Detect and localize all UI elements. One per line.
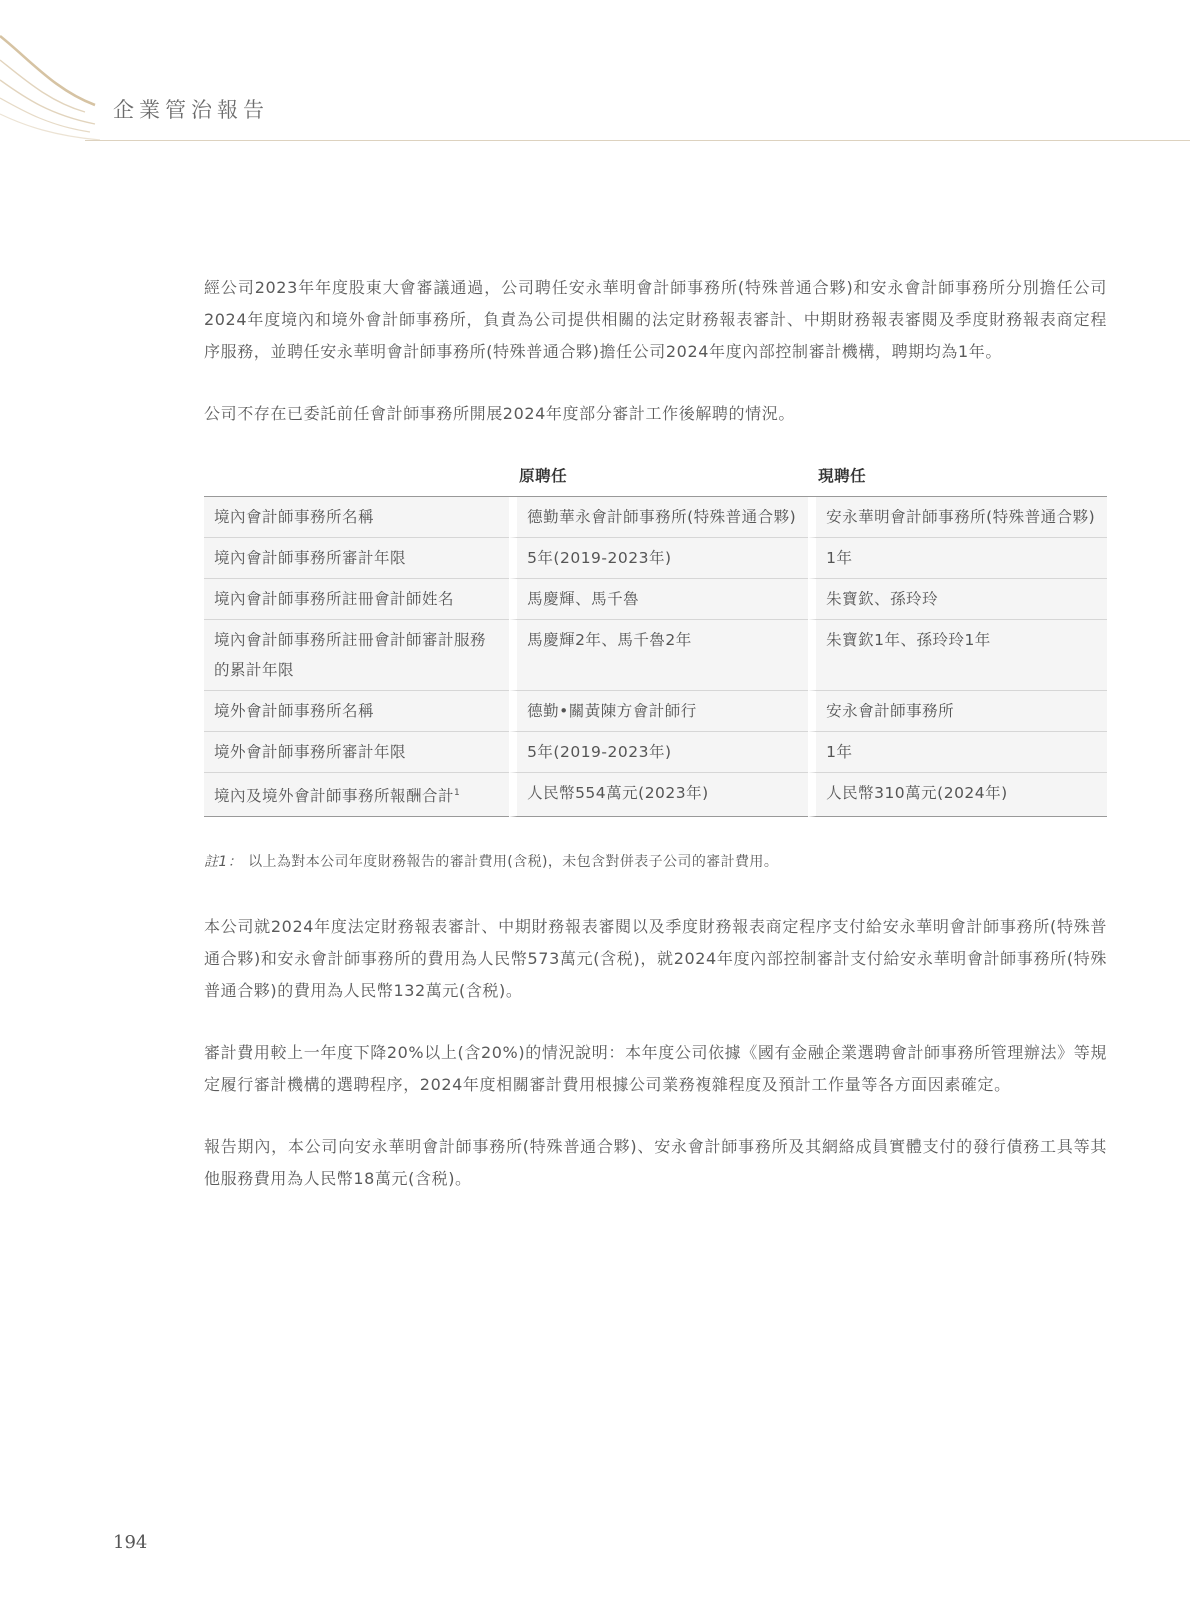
paragraph-auditor-appointment: 經公司2023年年度股東大會審議通過，公司聘任安永華明會計師事務所(特殊普通合夥… — [204, 272, 1107, 368]
table-header-previous: 原聘任 — [509, 462, 808, 497]
row-previous: 德勤•關黃陳方會計師行 — [509, 691, 808, 732]
row-label-text: 境內會計師事務所審計年限 — [214, 549, 406, 567]
row-label-text: 境外會計師事務所名稱 — [214, 702, 374, 720]
paragraph-audit-fees: 本公司就2024年度法定財務報表審計、中期財務報表審閱以及季度財務報表商定程序支… — [204, 911, 1107, 1007]
row-label: 境外會計師事務所審計年限 — [204, 732, 509, 773]
footnote-reference: 1 — [454, 788, 460, 798]
table-header-current: 現聘任 — [808, 462, 1107, 497]
table-row: 境內及境外會計師事務所報酬合計1 人民幣554萬元(2023年) 人民幣310萬… — [204, 773, 1107, 817]
row-current: 安永會計師事務所 — [808, 691, 1107, 732]
footnote-text: 以上為對本公司年度財務報告的審計費用(含税)，未包含對併表子公司的審計費用。 — [248, 854, 778, 870]
row-label: 境內會計師事務所註冊會計師審計服務的累計年限 — [204, 620, 509, 691]
header-divider — [85, 140, 1190, 141]
table-row: 境外會計師事務所名稱 德勤•關黃陳方會計師行 安永會計師事務所 — [204, 691, 1107, 732]
document-body: 經公司2023年年度股東大會審議通過，公司聘任安永華明會計師事務所(特殊普通合夥… — [204, 272, 1107, 1195]
row-label-text: 境內會計師事務所註冊會計師姓名 — [214, 590, 454, 608]
row-label-text: 境內及境外會計師事務所報酬合計 — [214, 787, 454, 805]
fee-section: 本公司就2024年度法定財務報表審計、中期財務報表審閱以及季度財務報表商定程序支… — [204, 911, 1107, 1195]
row-current: 朱寶欽1年、孫玲玲1年 — [808, 620, 1107, 691]
row-current: 1年 — [808, 732, 1107, 773]
row-previous: 5年(2019-2023年) — [509, 732, 808, 773]
table-row: 境外會計師事務所審計年限 5年(2019-2023年) 1年 — [204, 732, 1107, 773]
row-current: 安永華明會計師事務所(特殊普通合夥) — [808, 497, 1107, 538]
paragraph-no-dismissal: 公司不存在已委託前任會計師事務所開展2024年度部分審計工作後解聘的情況。 — [204, 398, 1107, 430]
row-current: 1年 — [808, 538, 1107, 579]
auditor-comparison-table: 原聘任 現聘任 境內會計師事務所名稱 德勤華永會計師事務所(特殊普通合夥) 安永… — [204, 462, 1107, 817]
page-number: 194 — [113, 1532, 147, 1553]
row-label-text: 境內會計師事務所註冊會計師審計服務的累計年限 — [214, 631, 486, 679]
paragraph-fee-decrease: 審計費用較上一年度下降20%以上(含20%)的情況說明：本年度公司依據《國有金融… — [204, 1037, 1107, 1101]
table-row: 境內會計師事務所名稱 德勤華永會計師事務所(特殊普通合夥) 安永華明會計師事務所… — [204, 497, 1107, 538]
row-previous: 德勤華永會計師事務所(特殊普通合夥) — [509, 497, 808, 538]
section-title: 企業管治報告 — [113, 94, 269, 124]
row-label-text: 境內會計師事務所名稱 — [214, 508, 374, 526]
row-label: 境內會計師事務所註冊會計師姓名 — [204, 579, 509, 620]
decorative-arcs-icon — [0, 30, 100, 145]
row-previous: 5年(2019-2023年) — [509, 538, 808, 579]
row-label-text: 境外會計師事務所審計年限 — [214, 743, 406, 761]
paragraph-other-services: 報告期內，本公司向安永華明會計師事務所(特殊普通合夥)、安永會計師事務所及其網絡… — [204, 1131, 1107, 1195]
row-label: 境內及境外會計師事務所報酬合計1 — [204, 773, 509, 817]
row-label: 境外會計師事務所名稱 — [204, 691, 509, 732]
table-row: 境內會計師事務所審計年限 5年(2019-2023年) 1年 — [204, 538, 1107, 579]
row-current: 朱寶欽、孫玲玲 — [808, 579, 1107, 620]
row-current: 人民幣310萬元(2024年) — [808, 773, 1107, 817]
footnote-mark: 註1： — [204, 854, 242, 870]
auditor-comparison-table-wrapper: 原聘任 現聘任 境內會計師事務所名稱 德勤華永會計師事務所(特殊普通合夥) 安永… — [204, 462, 1107, 817]
row-previous: 馬慶輝、馬千魯 — [509, 579, 808, 620]
row-label: 境內會計師事務所審計年限 — [204, 538, 509, 579]
row-previous: 人民幣554萬元(2023年) — [509, 773, 808, 817]
row-label: 境內會計師事務所名稱 — [204, 497, 509, 538]
table-row: 境內會計師事務所註冊會計師姓名 馬慶輝、馬千魯 朱寶欽、孫玲玲 — [204, 579, 1107, 620]
table-header-row: 原聘任 現聘任 — [204, 462, 1107, 497]
row-previous: 馬慶輝2年、馬千魯2年 — [509, 620, 808, 691]
table-footnote: 註1：以上為對本公司年度財務報告的審計費用(含税)，未包含對併表子公司的審計費用… — [204, 851, 1107, 871]
table-row: 境內會計師事務所註冊會計師審計服務的累計年限 馬慶輝2年、馬千魯2年 朱寶欽1年… — [204, 620, 1107, 691]
table-header-item — [204, 462, 509, 497]
